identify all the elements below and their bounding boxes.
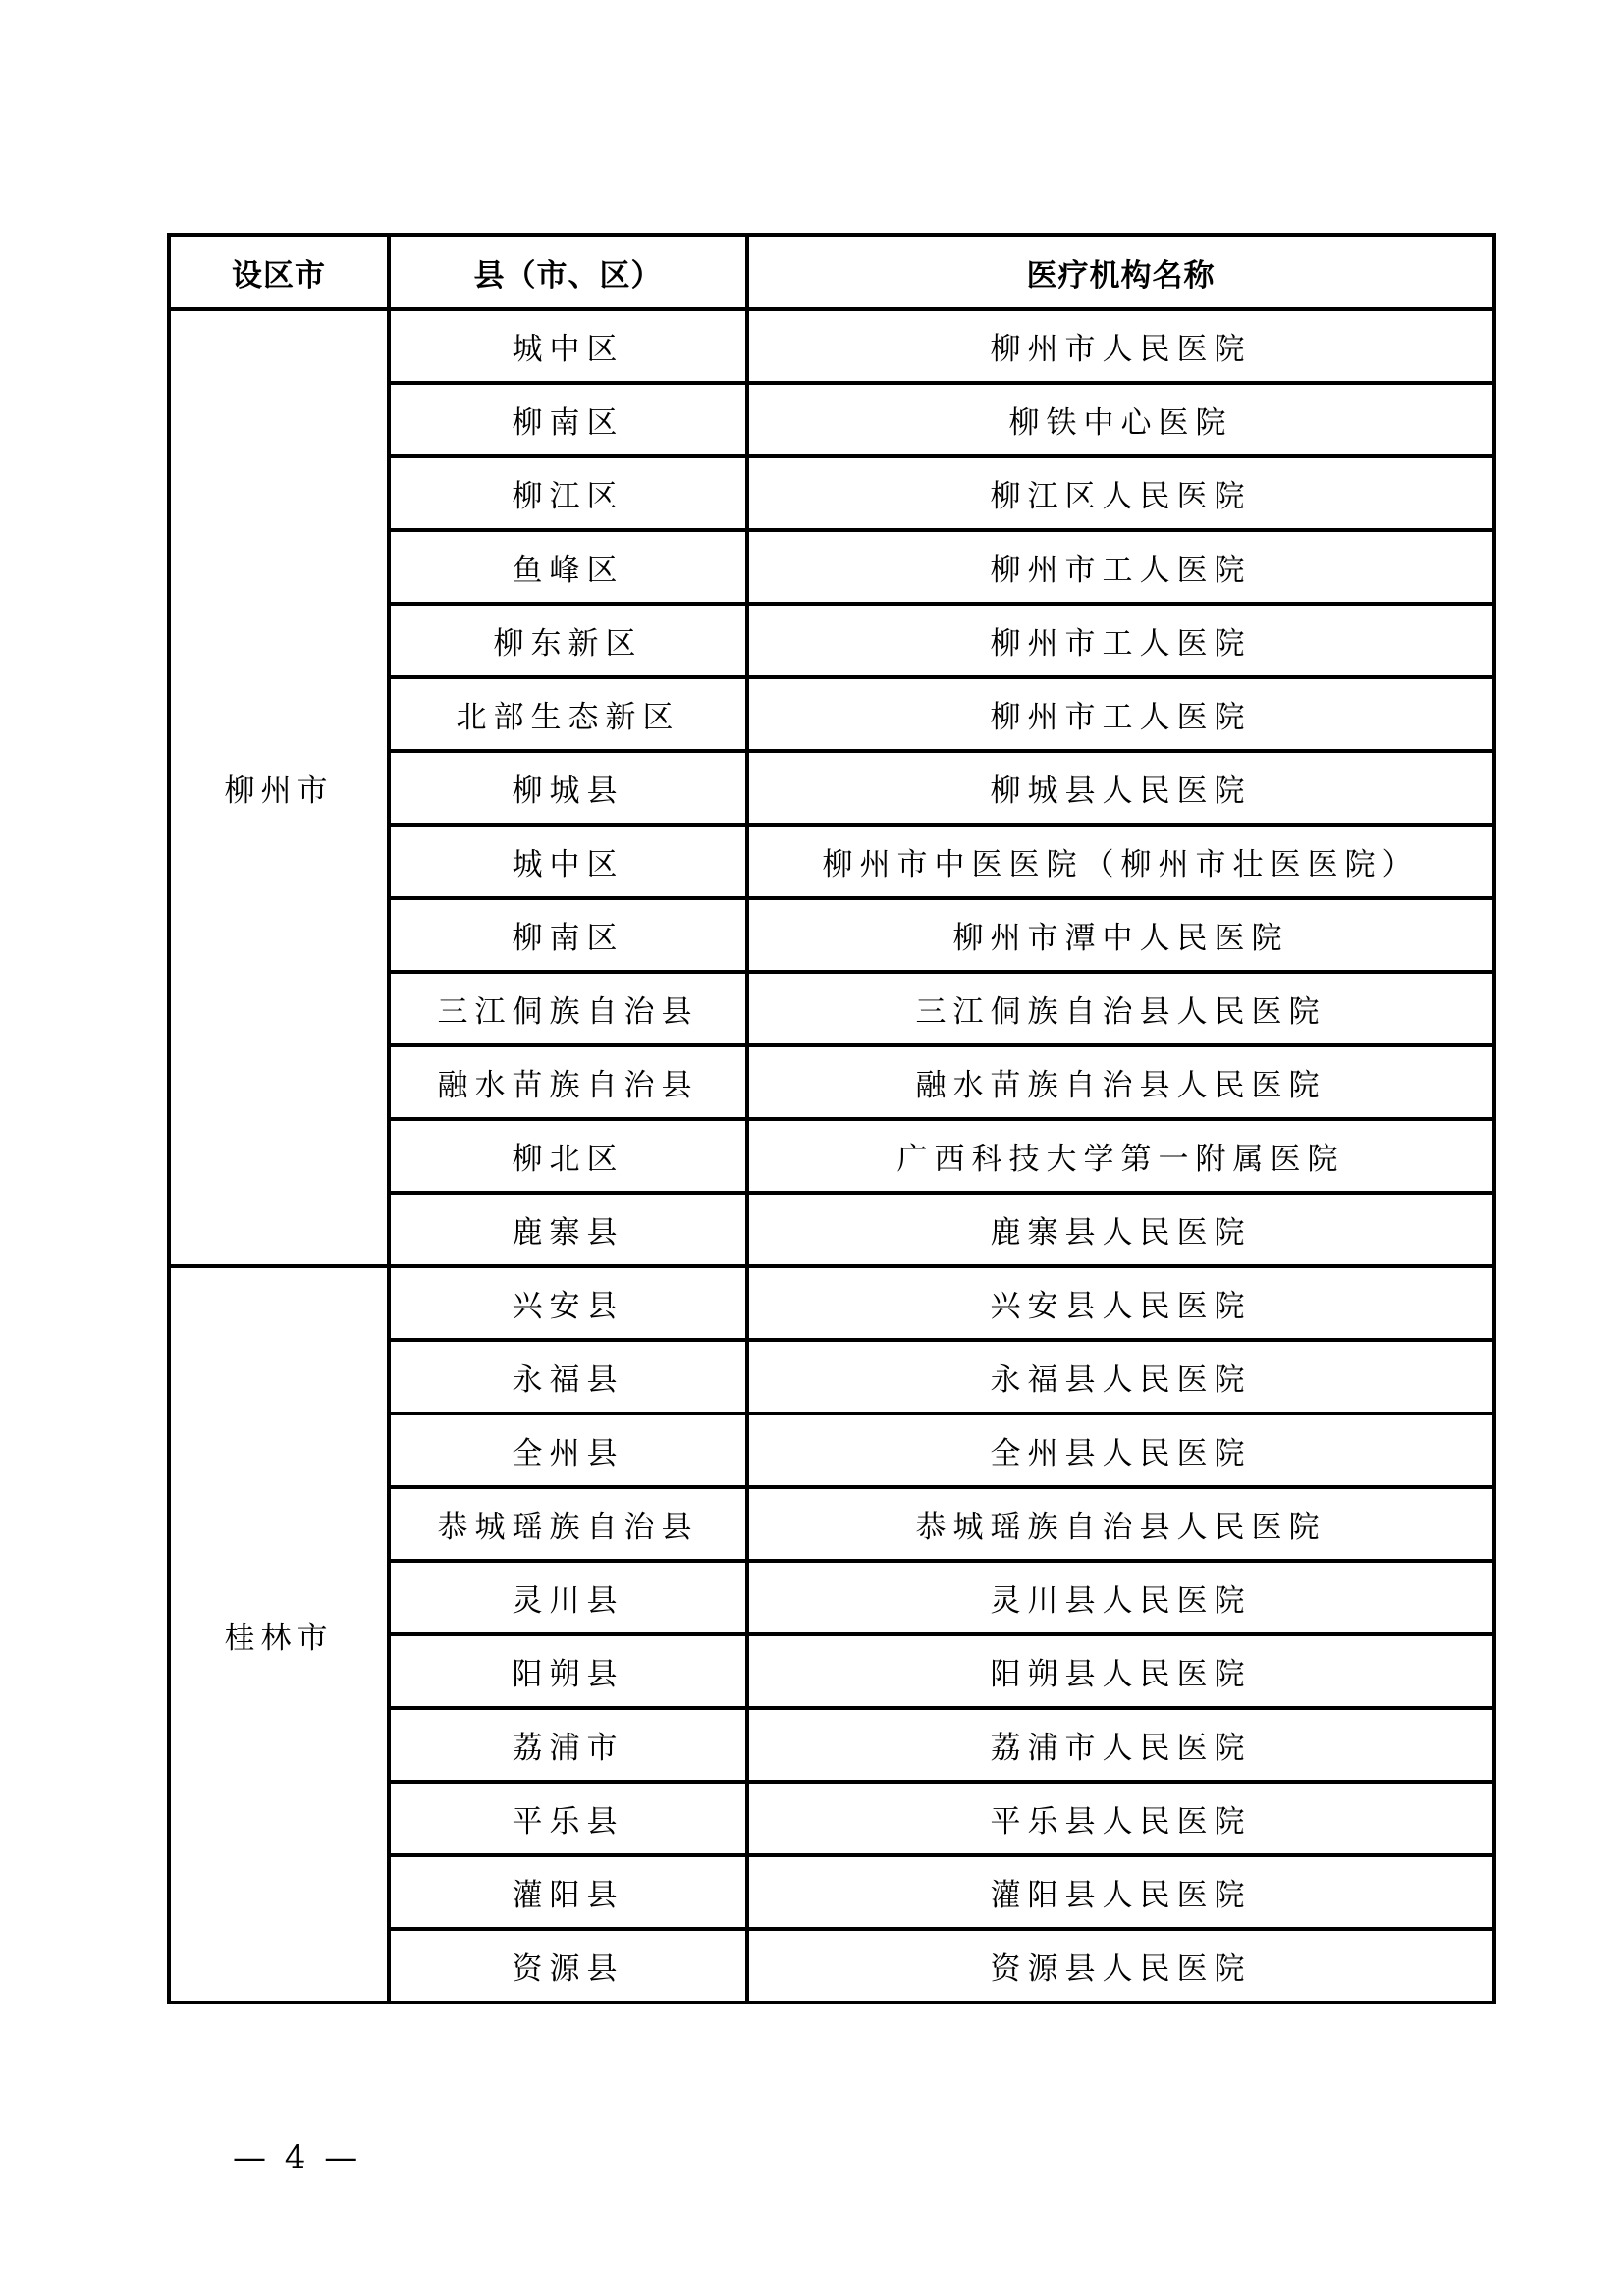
- county-cell: 鹿寨县: [389, 1193, 747, 1266]
- institution-cell: 荔浦市人民医院: [747, 1708, 1494, 1782]
- institution-cell: 柳州市工人医院: [747, 530, 1494, 604]
- county-cell: 灵川县: [389, 1561, 747, 1634]
- institution-cell: 柳铁中心医院: [747, 383, 1494, 456]
- county-cell: 灌阳县: [389, 1855, 747, 1929]
- institution-cell: 永福县人民医院: [747, 1340, 1494, 1414]
- city-cell: 桂林市: [169, 1266, 389, 2002]
- institution-cell: 融水苗族自治县人民医院: [747, 1045, 1494, 1119]
- institution-cell: 柳州市工人医院: [747, 677, 1494, 751]
- institution-cell: 柳州市中医医院（柳州市壮医医院）: [747, 825, 1494, 898]
- institution-cell: 广西科技大学第一附属医院: [747, 1119, 1494, 1193]
- table-header-row: 设区市 县（市、区） 医疗机构名称: [169, 235, 1494, 309]
- header-institution: 医疗机构名称: [747, 235, 1494, 309]
- county-cell: 北部生态新区: [389, 677, 747, 751]
- county-cell: 荔浦市: [389, 1708, 747, 1782]
- table-row: 柳州市城中区柳州市人民医院: [169, 309, 1494, 383]
- institution-cell: 阳朔县人民医院: [747, 1634, 1494, 1708]
- county-cell: 鱼峰区: [389, 530, 747, 604]
- institution-cell: 兴安县人民医院: [747, 1266, 1494, 1340]
- county-cell: 城中区: [389, 309, 747, 383]
- county-cell: 柳城县: [389, 751, 747, 825]
- county-cell: 永福县: [389, 1340, 747, 1414]
- institution-cell: 全州县人民医院: [747, 1414, 1494, 1487]
- county-cell: 城中区: [389, 825, 747, 898]
- medical-institution-table: 设区市 县（市、区） 医疗机构名称 柳州市城中区柳州市人民医院柳南区柳铁中心医院…: [167, 233, 1496, 2004]
- county-cell: 融水苗族自治县: [389, 1045, 747, 1119]
- institution-cell: 恭城瑶族自治县人民医院: [747, 1487, 1494, 1561]
- county-cell: 资源县: [389, 1929, 747, 2002]
- header-city: 设区市: [169, 235, 389, 309]
- institution-cell: 平乐县人民医院: [747, 1782, 1494, 1855]
- header-county: 县（市、区）: [389, 235, 747, 309]
- county-cell: 平乐县: [389, 1782, 747, 1855]
- institution-cell: 鹿寨县人民医院: [747, 1193, 1494, 1266]
- city-cell: 柳州市: [169, 309, 389, 1266]
- institution-cell: 三江侗族自治县人民医院: [747, 972, 1494, 1045]
- county-cell: 柳南区: [389, 898, 747, 972]
- institution-cell: 灌阳县人民医院: [747, 1855, 1494, 1929]
- county-cell: 恭城瑶族自治县: [389, 1487, 747, 1561]
- institution-cell: 柳州市工人医院: [747, 604, 1494, 677]
- county-cell: 阳朔县: [389, 1634, 747, 1708]
- county-cell: 柳东新区: [389, 604, 747, 677]
- county-cell: 兴安县: [389, 1266, 747, 1340]
- institution-cell: 柳城县人民医院: [747, 751, 1494, 825]
- county-cell: 柳北区: [389, 1119, 747, 1193]
- institution-cell: 灵川县人民医院: [747, 1561, 1494, 1634]
- institution-cell: 柳州市人民医院: [747, 309, 1494, 383]
- table-row: 桂林市兴安县兴安县人民医院: [169, 1266, 1494, 1340]
- institution-cell: 资源县人民医院: [747, 1929, 1494, 2002]
- county-cell: 全州县: [389, 1414, 747, 1487]
- county-cell: 柳江区: [389, 456, 747, 530]
- page-number: — 4 —: [233, 2138, 361, 2177]
- institution-cell: 柳州市潭中人民医院: [747, 898, 1494, 972]
- table-body: 柳州市城中区柳州市人民医院柳南区柳铁中心医院柳江区柳江区人民医院鱼峰区柳州市工人…: [169, 309, 1494, 2002]
- institution-cell: 柳江区人民医院: [747, 456, 1494, 530]
- county-cell: 三江侗族自治县: [389, 972, 747, 1045]
- county-cell: 柳南区: [389, 383, 747, 456]
